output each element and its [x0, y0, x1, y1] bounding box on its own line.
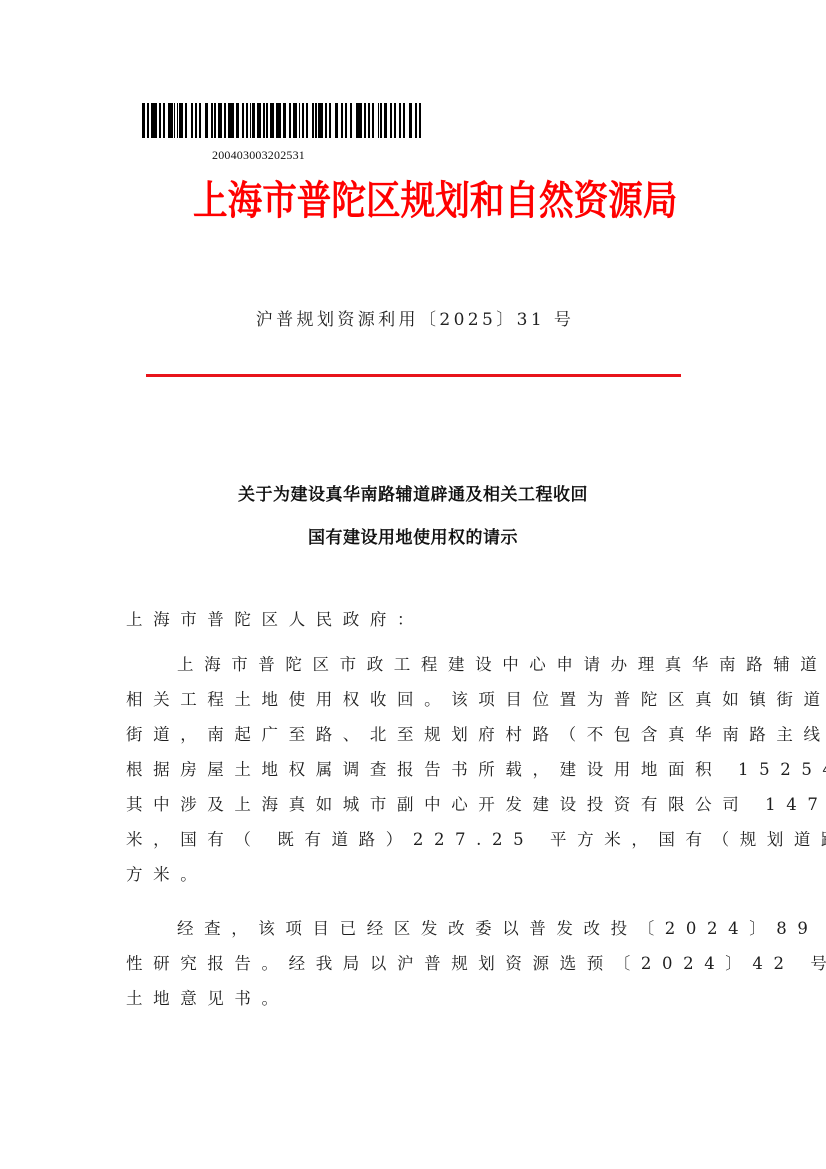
body-line: 性研究报告。经我局以沪普规划资源选预〔2024〕42 号文核发规划 — [126, 950, 826, 974]
subject-heading-line-1: 关于为建设真华南路辅道辟通及相关工程收回 — [0, 480, 826, 505]
red-divider-rule — [146, 374, 681, 377]
barcode — [142, 103, 422, 138]
barcode-number: 200403003202531 — [212, 148, 305, 163]
subject-heading-line-2: 国有建设用地使用权的请示 — [0, 523, 826, 548]
body-line: 上海市普陀区市政工程建设中心申请办理真华南路辅道辟通及 — [177, 651, 826, 675]
body-line: 土地意见书。 — [126, 985, 289, 1009]
document-number: 沪普规划资源利用〔2025〕31 号 — [0, 305, 826, 330]
body-line: 方米。 — [126, 861, 207, 885]
agency-title-text: 上海市普陀区规划和自然资源局 — [193, 176, 677, 226]
body-line: 经查，该项目已经区发改委以普发改投〔2024〕89 号批复可行 — [177, 915, 826, 939]
body-line: 米，国有（ 既有道路）227.25 平方米，国有（规划道路）307.09 平 — [126, 826, 826, 850]
salutation: 上海市普陀区人民政府： — [126, 606, 424, 630]
barcode-bar — [419, 103, 421, 138]
document-page: 200403003202531 上海市普陀区规划和自然资源局 沪普规划资源利用〔… — [0, 0, 826, 1169]
body-line: 街道，南起广至路、北至规划府村路（不包含真华南路主线地道）。 — [126, 721, 826, 745]
body-line: 其中涉及上海真如城市副中心开发建设投资有限公司 14719.97 平方 — [126, 791, 826, 815]
body-line: 根据房屋土地权属调查报告书所载，建设用地面积 15254.31平方米， — [126, 756, 826, 780]
agency-title: 上海市普陀区规划和自然资源局 — [193, 176, 643, 226]
body-line: 相关工程土地使用权收回。该项目位置为普陀区真如镇街道、石泉路 — [126, 686, 826, 710]
